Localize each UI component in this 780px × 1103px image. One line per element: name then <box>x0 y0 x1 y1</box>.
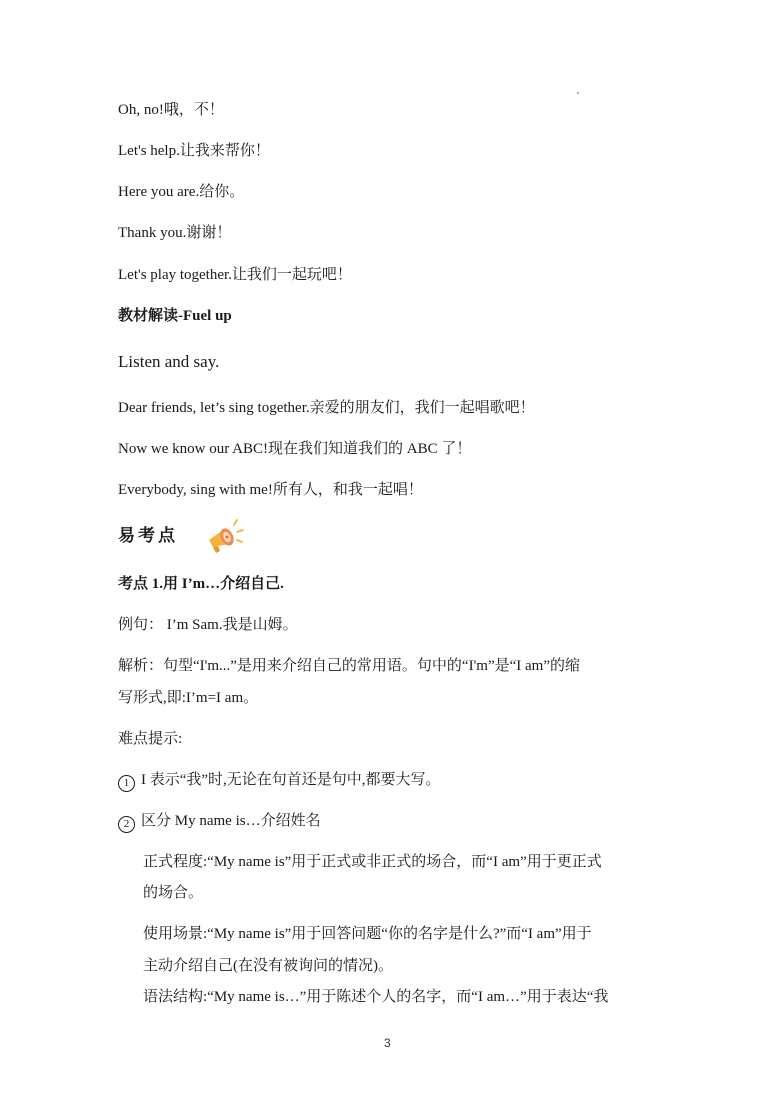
circled-number-2: 2 <box>118 816 135 833</box>
scan-speck <box>577 92 579 94</box>
usage-line: 使用场景:“My name is”用于回答问题“你的名字是什么?”而“I am”… <box>143 924 592 944</box>
example-sentence: 例句： I’m Sam.我是山姆。 <box>118 615 298 635</box>
analysis-line: 写形式,即:I’m=I am。 <box>118 688 258 708</box>
formality-line: 的场合。 <box>143 883 203 903</box>
tip-item-1: 1I 表示“我”时,无论在句首还是句中,都要大写。 <box>118 770 441 792</box>
tips-label: 难点提示: <box>118 729 182 749</box>
song-line: Everybody, sing with me!所有人，和我一起唱！ <box>118 480 423 500</box>
section-title-key-points: 易考点 <box>118 526 178 546</box>
formality-line: 正式程度:“My name is”用于正式或非正式的场合，而“I am”用于更正… <box>143 852 602 872</box>
usage-line: 主动介绍自己(在没有被询问的情况)。 <box>143 956 393 976</box>
tip-text: I 表示“我”时,无论在句首还是句中,都要大写。 <box>141 772 441 788</box>
dialogue-line: Thank you.谢谢！ <box>118 223 231 243</box>
section-title-fuel-up: 教材解读-Fuel up <box>118 306 232 326</box>
circled-number-1: 1 <box>118 775 135 792</box>
song-line: Dear friends, let’s sing together.亲爱的朋友们… <box>118 398 535 418</box>
dialogue-line: Here you are.给你。 <box>118 182 244 202</box>
page-number: 3 <box>384 1036 391 1050</box>
megaphone-icon <box>203 516 247 556</box>
tip-item-2: 2区分 My name is…介绍姓名 <box>118 811 321 833</box>
song-line: Now we know our ABC!现在我们知道我们的 ABC 了！ <box>118 439 471 459</box>
key-point-1-title: 考点 1.用 I’m…介绍自己. <box>118 574 284 594</box>
tip-text: 区分 My name is…介绍姓名 <box>141 813 321 829</box>
section-subtitle: Listen and say. <box>118 352 219 372</box>
dialogue-line: Oh, no!哦，不！ <box>118 100 224 120</box>
analysis-line: 解析：句型“I'm...”是用来介绍自己的常用语。句中的“I'm”是“I am”… <box>118 656 580 676</box>
dialogue-line: Let's play together.让我们一起玩吧！ <box>118 265 352 285</box>
grammar-line: 语法结构:“My name is…”用于陈述个人的名字，而“I am…”用于表达… <box>143 987 608 1007</box>
dialogue-line: Let's help.让我来帮你！ <box>118 141 270 161</box>
